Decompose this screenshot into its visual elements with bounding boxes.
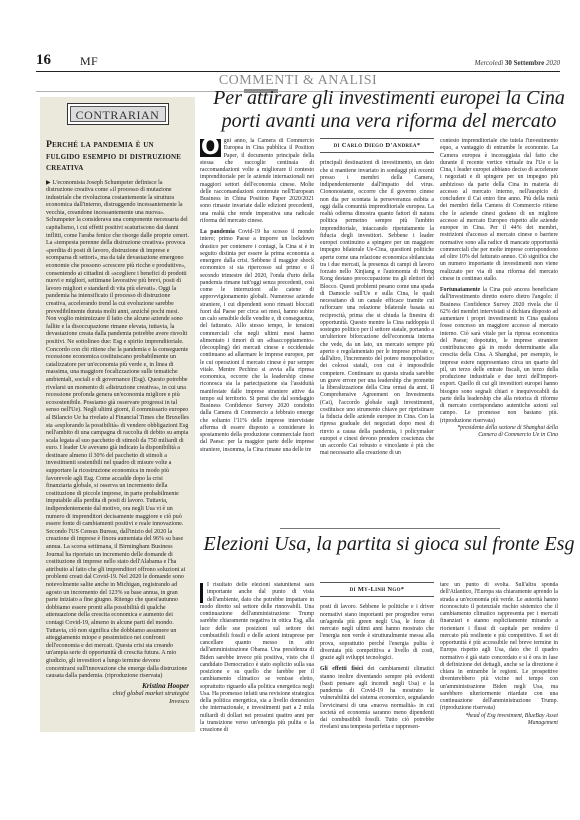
contrarian-column: CONTRARIAN Perché la pandemia è un fulgi… xyxy=(40,97,195,732)
article2-column-1: I risultato delle elezioni statunitensi … xyxy=(200,582,314,774)
publication-name: MF xyxy=(80,54,98,69)
article2-byline: di My-Linh Ngo* xyxy=(320,582,434,597)
publication-date: Mercoledì 30 Settembre 2020 xyxy=(475,59,560,67)
article1-column-3: contesto imprenditoriale che tutela l'in… xyxy=(440,138,558,526)
article2-headline: Elezioni Usa, la partita si gioca sul fr… xyxy=(200,532,578,556)
article1-byline: di Carlo Diego D'Andrea* xyxy=(320,138,434,153)
article1-dropcap: O xyxy=(200,139,221,157)
contrarian-author: Kristina Hooper xyxy=(46,682,189,690)
contrarian-badge: CONTRARIAN xyxy=(67,103,169,125)
article2-column-3: tare un punto di svolta. Sull'altra spon… xyxy=(440,582,558,774)
page-number: 16 xyxy=(36,52,51,69)
article2-author-note: *head of Esg investment, BlueBay Asset M… xyxy=(440,713,558,728)
article1-column-2: di Carlo Diego D'Andrea* principali dest… xyxy=(320,138,434,526)
article2-dropcap-bar xyxy=(200,583,203,603)
bullet-arrow-icon: ▶ xyxy=(46,180,51,186)
article-separator xyxy=(280,528,500,529)
contrarian-author-company: Invesco xyxy=(46,698,189,706)
article1-column-1: O gni anno, la Camera di Commercio Europ… xyxy=(200,138,314,526)
article1-author-note: *presidente della sezione di Shanghai de… xyxy=(440,425,558,440)
contrarian-headline: Perché la pandemia è un fulgido esempio … xyxy=(46,139,189,174)
contrarian-author-role: chief global market strategist xyxy=(46,690,189,698)
contrarian-body: ▶L'economista Joseph Schumpeter definisc… xyxy=(46,180,189,681)
masthead: 16 MF Mercoledì 30 Settembre 2020 xyxy=(36,58,560,72)
article1-headline: Per attirare gli investimenti europei la… xyxy=(200,87,578,133)
article2-column-2: di My-Linh Ngo* posti di lavoro. Sebbene… xyxy=(320,582,434,774)
